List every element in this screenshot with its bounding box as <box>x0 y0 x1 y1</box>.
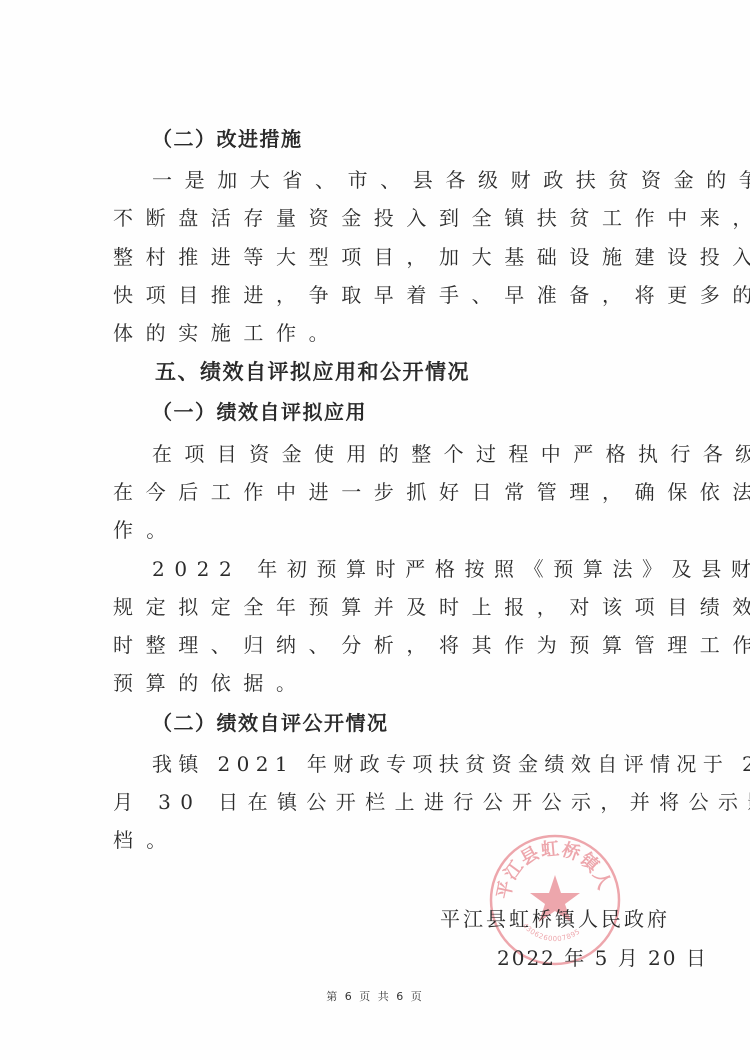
page-number: 第 6 页 共 6 页 <box>0 988 750 1004</box>
paragraph-line: 作。 <box>113 518 658 542</box>
paragraph-line: 整村推进等大型项目，加大基础设施建设投入。二是进一步加 <box>113 245 658 269</box>
paragraph-line: 2022 年初预算时严格按照《预算法》及县财政局相关文件 <box>152 557 697 581</box>
section-heading-self-eval-application: （一）绩效自评拟应用 <box>152 400 367 424</box>
paragraph-line: 在今后工作中进一步抓好日常管理，确保依法依规开展各项工 <box>113 480 658 504</box>
paragraph-line: 预算的依据。 <box>113 671 658 695</box>
section-heading-self-eval-disclosure: （二）绩效自评公开情况 <box>152 711 389 735</box>
section-heading-improvement-measures: （二）改进措施 <box>152 127 303 151</box>
paragraph-line: 规定拟定全年预算并及时上报，对该项目绩效自评情况进行及 <box>113 595 658 619</box>
signature-organization: 平江县虹桥镇人民政府 <box>440 907 670 931</box>
paragraph-line: 我镇 2021 年财政专项扶贫资金绩效自评情况于 2022 年 5 <box>152 752 697 776</box>
paragraph-line: 不断盘活存量资金投入到全镇扶贫工作中来，集中资金多开展 <box>113 206 658 230</box>
signature-date: 2022 年 5 月 20 日 <box>497 946 708 970</box>
document-page: （二）改进措施 一是加大省、市、县各级财政扶贫资金的争取力度，同时 不断盘活存量… <box>0 0 750 1060</box>
section-heading-5: 五、绩效自评拟应用和公开情况 <box>155 360 470 384</box>
paragraph-line: 在项目资金使用的整个过程中严格执行各级相关管理制度， <box>152 442 697 466</box>
paragraph-line: 快项目推进，争取早着手、早准备，将更多的时间用于项目主 <box>113 283 658 307</box>
paragraph-line: 体的实施工作。 <box>113 321 658 345</box>
paragraph-line: 一是加大省、市、县各级财政扶贫资金的争取力度，同时 <box>152 168 697 192</box>
paragraph-line: 时整理、归纳、分析，将其作为预算管理工作和安排以后年度 <box>113 633 658 657</box>
paragraph-line: 月 30 日在镇公开栏上进行公开公示，并将公示影像资料留底存 <box>113 790 658 814</box>
